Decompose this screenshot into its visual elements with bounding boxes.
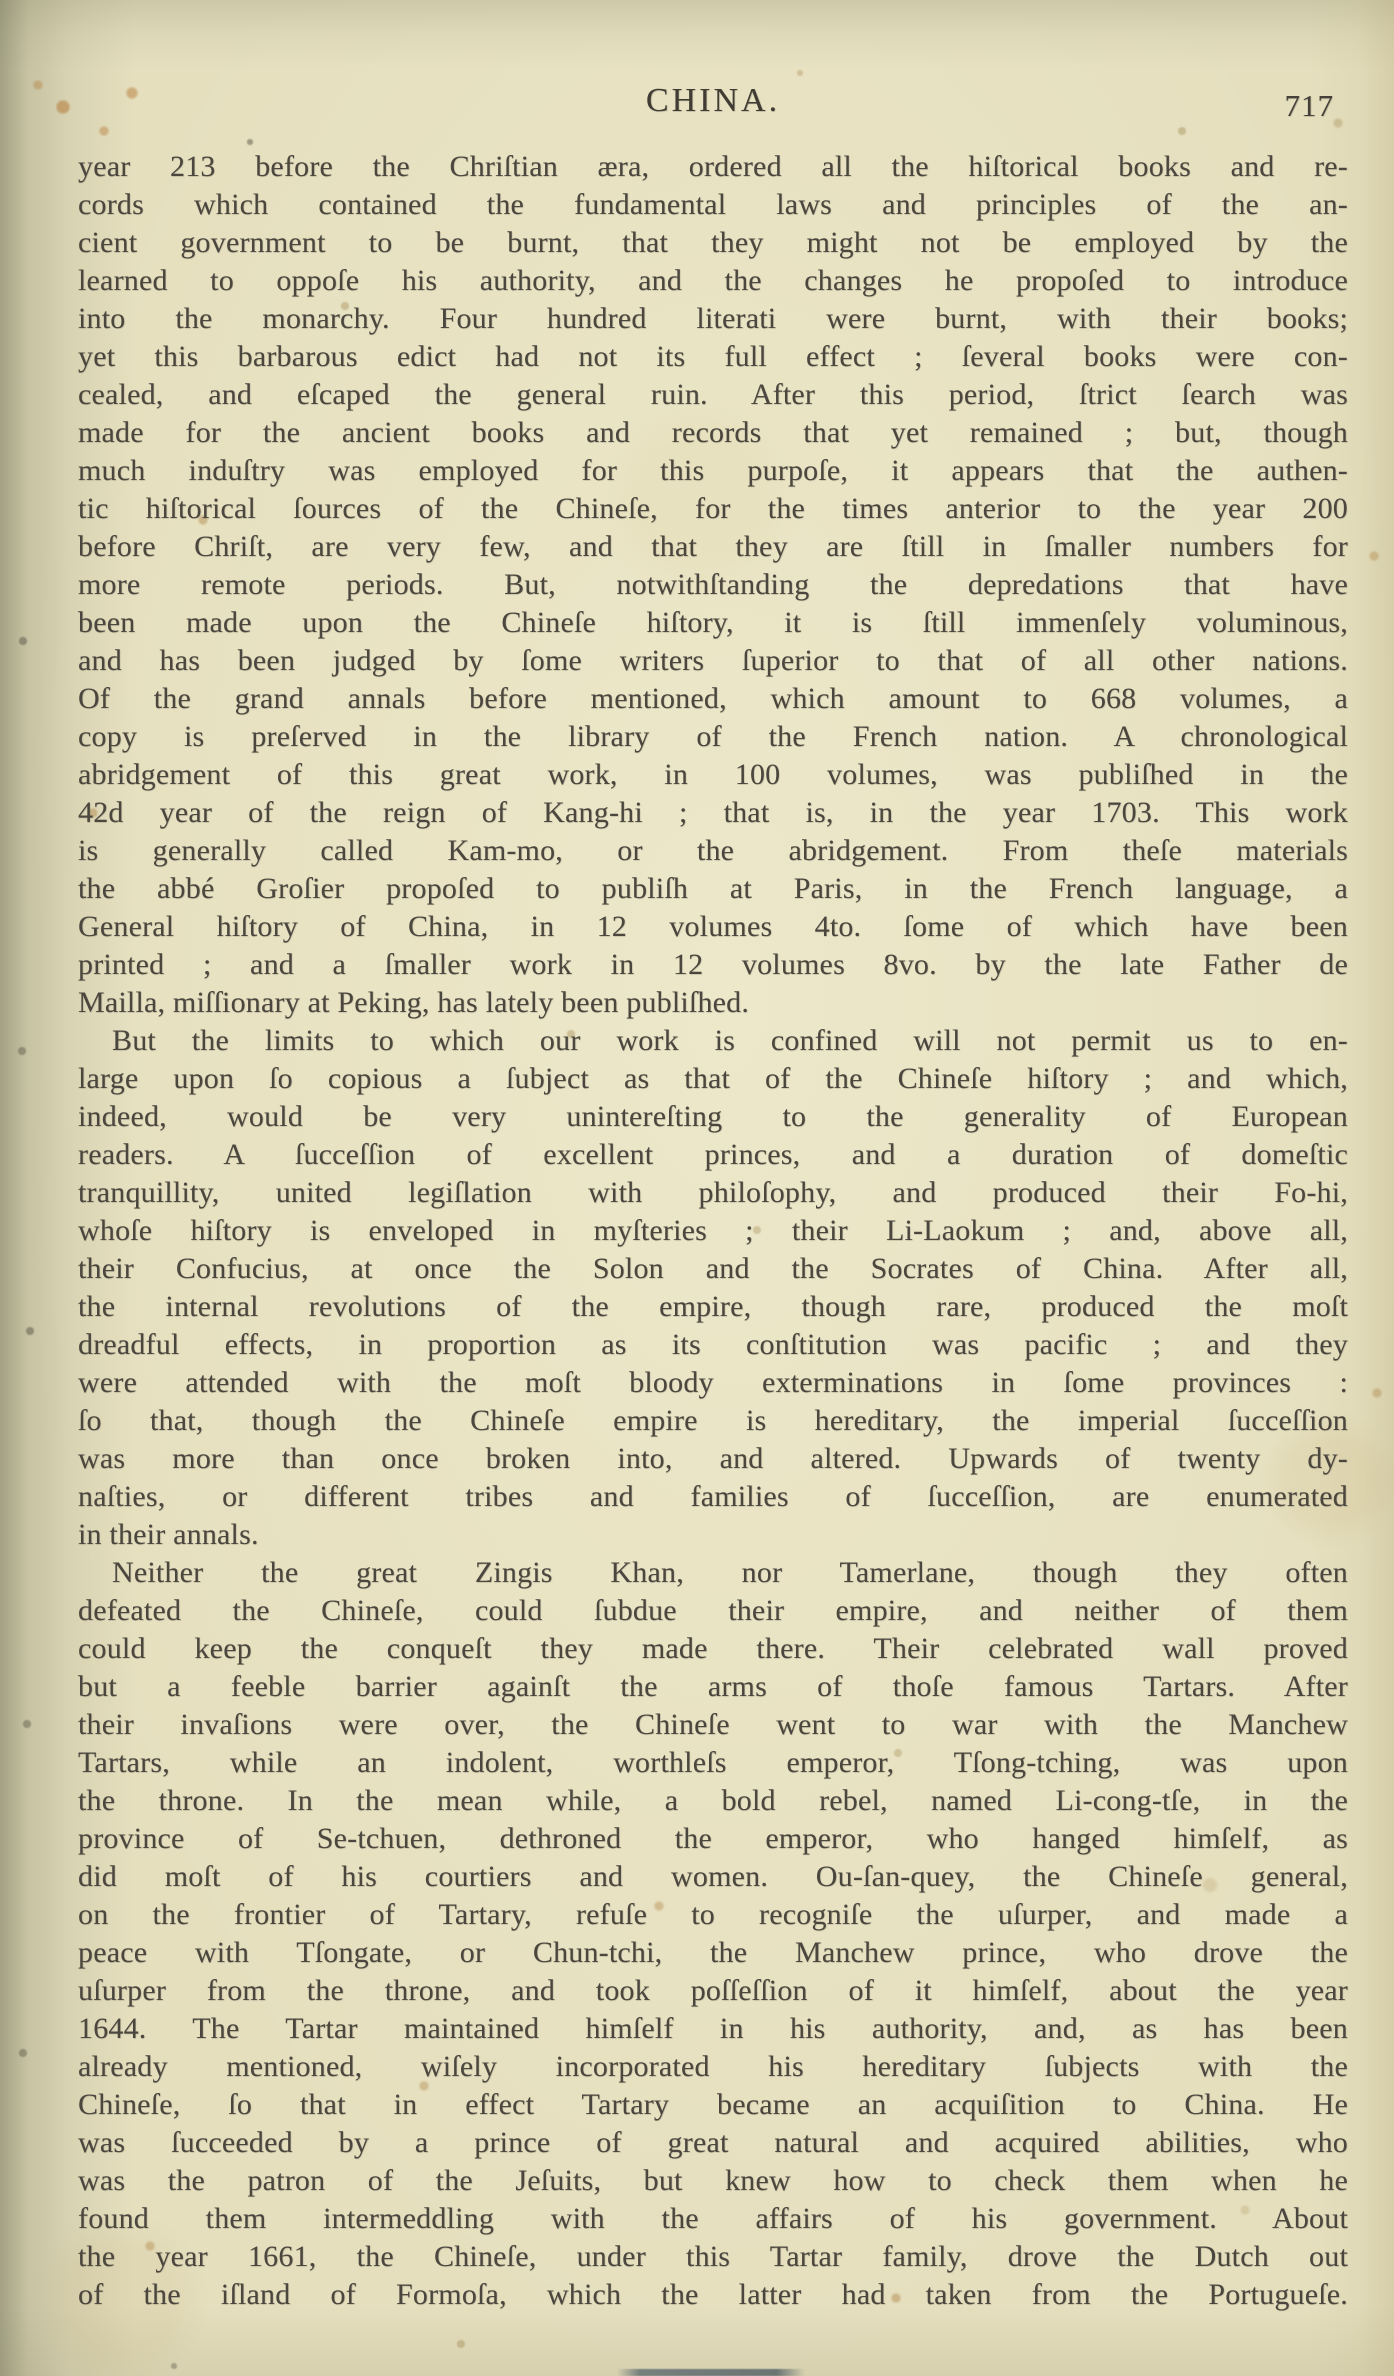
text-line: year 213 before the Chriſtian æra, order… [78, 148, 1348, 186]
text-line: their invaſions were over, the Chineſe w… [78, 1706, 1348, 1744]
text-line: on the frontier of Tartary, refuſe to re… [78, 1896, 1348, 1934]
text-line: cient government to be burnt, that they … [78, 224, 1348, 262]
text-line: Of the grand annals before mentioned, wh… [78, 680, 1348, 718]
text-line: defeated the Chineſe, could ſubdue their… [78, 1592, 1348, 1630]
text-line: the internal revolutions of the empire, … [78, 1288, 1348, 1326]
text-line: already mentioned, wiſely incorporated h… [78, 2048, 1348, 2086]
text-line: 42d year of the reign of Kang-hi ; that … [78, 794, 1348, 832]
text-line: uſurper from the throne, and took poſſeſ… [78, 1972, 1348, 2010]
text-line: the year 1661, the Chineſe, under this T… [78, 2238, 1348, 2276]
text-line: did moſt of his courtiers and women. Ou-… [78, 1858, 1348, 1896]
text-line: before Chriſt, are very few, and that th… [78, 528, 1348, 566]
paragraph: year 213 before the Chriſtian æra, order… [78, 148, 1348, 1022]
text-line: naſties, or different tribes and familie… [78, 1478, 1348, 1516]
text-line: into the monarchy. Four hundred literati… [78, 300, 1348, 338]
text-line: were attended with the moſt bloody exter… [78, 1364, 1348, 1402]
text-line: was more than once broken into, and alte… [78, 1440, 1348, 1478]
text-line: indeed, would be very unintereſting to t… [78, 1098, 1348, 1136]
text-line: more remote periods. But, notwithſtandin… [78, 566, 1348, 604]
text-line: was the patron of the Jeſuits, but knew … [78, 2162, 1348, 2200]
text-line: yet this barbarous edict had not its ful… [78, 338, 1348, 376]
text-line: peace with Tſongate, or Chun-tchi, the M… [78, 1934, 1348, 1972]
paragraph: But the limits to which our work is conf… [78, 1022, 1348, 1554]
text-line: is generally called Kam-mo, or the abrid… [78, 832, 1348, 870]
text-line: 1644. The Tartar maintained himſelf in h… [78, 2010, 1348, 2048]
text-line: readers. A ſucceſſion of excellent princ… [78, 1136, 1348, 1174]
next-page-edge [617, 2369, 805, 2376]
paragraph: Neither the great Zingis Khan, nor Tamer… [78, 1554, 1348, 2314]
text-line: cords which contained the fundamental la… [78, 186, 1348, 224]
text-line: made for the ancient books and records t… [78, 414, 1348, 452]
text-line: province of Se-tchuen, dethroned the emp… [78, 1820, 1348, 1858]
page-number: 717 [1285, 88, 1335, 124]
text-line: Tartars, while an indolent, worthleſs em… [78, 1744, 1348, 1782]
text-line: in their annals. [78, 1516, 1348, 1554]
text-line: tic hiſtorical ſources of the Chineſe, f… [78, 490, 1348, 528]
text-line: could keep the conqueſt they made there.… [78, 1630, 1348, 1668]
page-body: year 213 before the Chriſtian æra, order… [78, 148, 1348, 2314]
text-line: large upon ſo copious a ſubject as that … [78, 1060, 1348, 1098]
text-line: dreadful effects, in proportion as its c… [78, 1326, 1348, 1364]
text-line: the throne. In the mean while, a bold re… [78, 1782, 1348, 1820]
text-line: of the iſland of Formoſa, which the latt… [78, 2276, 1348, 2314]
text-line: was ſucceeded by a prince of great natur… [78, 2124, 1348, 2162]
text-line: General hiſtory of China, in 12 volumes … [78, 908, 1348, 946]
text-line: but a feeble barrier againſt the arms of… [78, 1668, 1348, 1706]
text-line: copy is preſerved in the library of the … [78, 718, 1348, 756]
text-line: Neither the great Zingis Khan, nor Tamer… [78, 1554, 1348, 1592]
text-line: cealed, and eſcaped the general ruin. Af… [78, 376, 1348, 414]
text-line: much induſtry was employed for this purp… [78, 452, 1348, 490]
text-line: their Confucius, at once the Solon and t… [78, 1250, 1348, 1288]
text-line: found them intermeddling with the affair… [78, 2200, 1348, 2238]
page-header: CHINA. 717 [78, 82, 1348, 132]
text-line: ſo that, though the Chineſe empire is he… [78, 1402, 1348, 1440]
text-line: learned to oppoſe his authority, and the… [78, 262, 1348, 300]
text-line: and has been judged by ſome writers ſupe… [78, 642, 1348, 680]
text-line: But the limits to which our work is conf… [78, 1022, 1348, 1060]
text-line: whoſe hiſtory is enveloped in myſteries … [78, 1212, 1348, 1250]
text-line: tranquillity, united legiſlation with ph… [78, 1174, 1348, 1212]
text-line: Chineſe, ſo that in effect Tartary becam… [78, 2086, 1348, 2124]
book-page: CHINA. 717 year 213 before the Chriſtian… [0, 0, 1394, 2376]
text-line: been made upon the Chineſe hiſtory, it i… [78, 604, 1348, 642]
text-line: abridgement of this great work, in 100 v… [78, 756, 1348, 794]
text-line: the abbé Groſier propoſed to publiſh at … [78, 870, 1348, 908]
running-title: CHINA. [78, 82, 1348, 120]
text-line: printed ; and a ſmaller work in 12 volum… [78, 946, 1348, 984]
text-line: Mailla, miſſionary at Peking, has lately… [78, 984, 1348, 1022]
